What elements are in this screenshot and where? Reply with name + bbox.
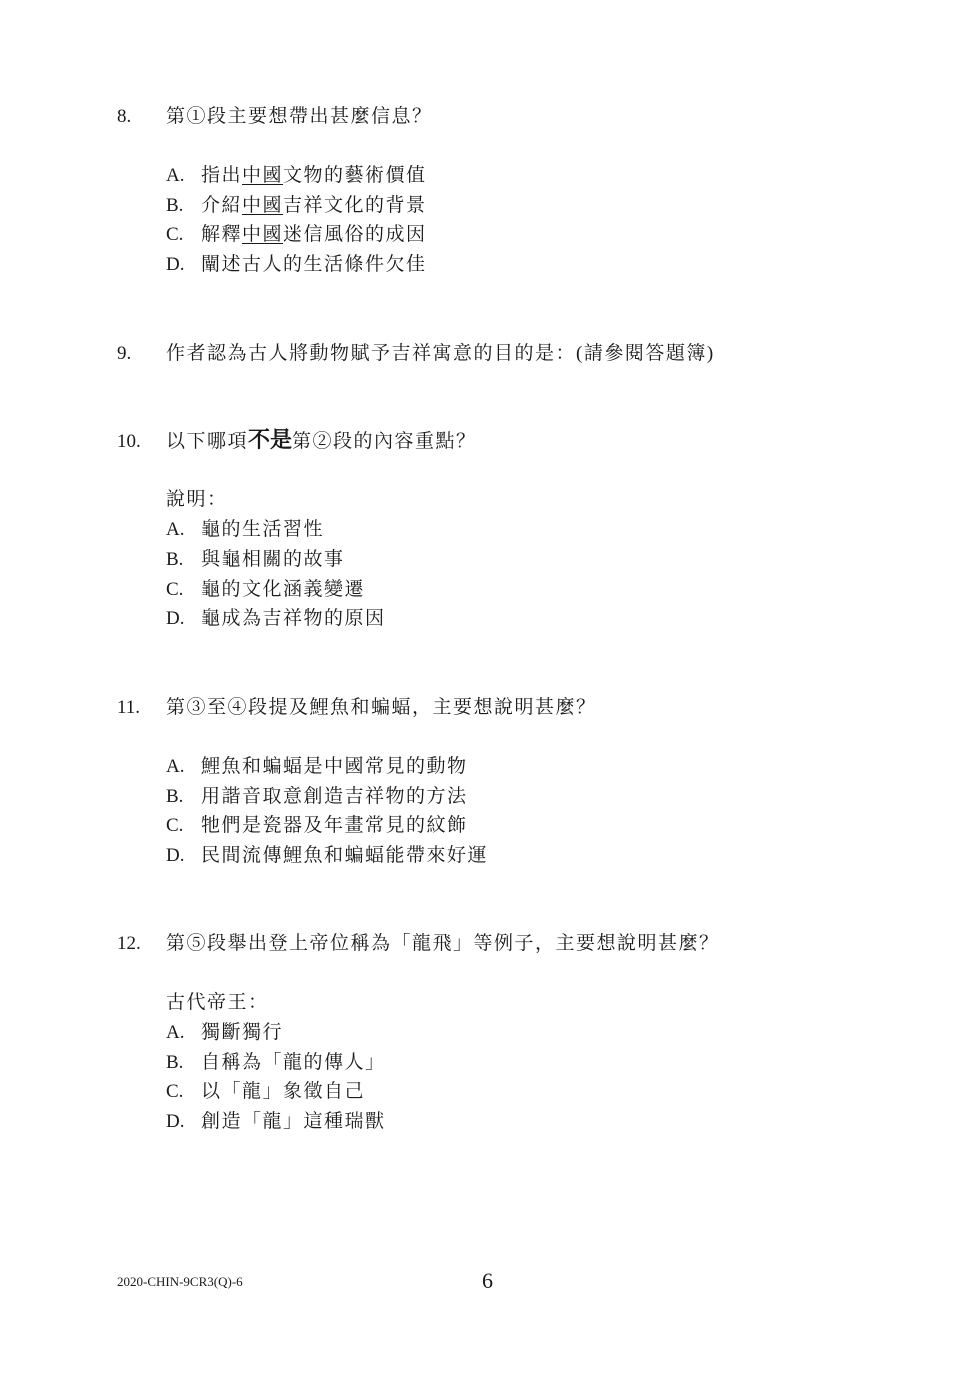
- option-letter: C.: [166, 814, 201, 838]
- question-12-stem: 12.第⑤段舉出登上帝位稱為「龍飛」等例子，主要想說明甚麼？: [117, 932, 720, 956]
- question-number: 8.: [117, 105, 166, 129]
- option-text-post: 文物的藝術價值: [283, 165, 427, 186]
- question-12-option-c: C.以「龍」象徵自己: [166, 1080, 365, 1104]
- option-letter: B.: [166, 785, 201, 809]
- option-text-pre: 解釋: [201, 224, 242, 245]
- question-text: 第③至④段提及鯉魚和蝙蝠，主要想說明甚麼？: [166, 697, 597, 718]
- option-text-pre: 介紹: [201, 195, 242, 216]
- option-text-underlined: 中國: [242, 165, 283, 186]
- option-text: 鯉魚和蝙蝠是中國常見的動物: [201, 756, 468, 777]
- option-letter: C.: [166, 223, 201, 247]
- question-text: 作者認為古人將動物賦予吉祥寓意的目的是：(請參閱答題簿): [166, 343, 715, 364]
- exam-page: 8.第①段主要想帶出甚麼信息？ A.指出中國文物的藝術價值 B.介紹中國吉祥文化…: [0, 0, 978, 1383]
- question-11-option-b: B.用諧音取意創造吉祥物的方法: [166, 785, 468, 809]
- option-text: 自稱為「龍的傳人」: [201, 1052, 386, 1073]
- option-text-post: 吉祥文化的背景: [283, 195, 427, 216]
- question-number: 10.: [117, 430, 166, 454]
- question-10-option-b: B.與龜相關的故事: [166, 548, 345, 572]
- option-letter: C.: [166, 1080, 201, 1104]
- option-text: 以「龍」象徵自己: [201, 1081, 365, 1102]
- option-letter: C.: [166, 578, 201, 602]
- question-12-lead: 古代帝王：: [166, 991, 269, 1015]
- question-10-option-a: A.龜的生活習性: [166, 518, 324, 542]
- option-letter: A.: [166, 1021, 201, 1045]
- option-text: 龜成為吉祥物的原因: [201, 608, 386, 629]
- option-letter: D.: [166, 1110, 201, 1134]
- option-text: 牠們是瓷器及年畫常見的紋飾: [201, 815, 468, 836]
- question-11-stem: 11.第③至④段提及鯉魚和蝙蝠，主要想說明甚麼？: [117, 696, 597, 720]
- question-10-option-d: D.龜成為吉祥物的原因: [166, 607, 386, 631]
- option-letter: A.: [166, 164, 201, 188]
- option-text: 民間流傳鯉魚和蝙蝠能帶來好運: [201, 845, 488, 866]
- option-text: 用諧音取意創造吉祥物的方法: [201, 786, 468, 807]
- question-12-option-b: B.自稱為「龍的傳人」: [166, 1051, 386, 1075]
- question-8-option-b: B.介紹中國吉祥文化的背景: [166, 194, 427, 218]
- question-8-stem: 8.第①段主要想帶出甚麼信息？: [117, 105, 433, 129]
- option-letter: D.: [166, 844, 201, 868]
- question-text: 第①段主要想帶出甚麼信息？: [166, 106, 433, 127]
- question-number: 9.: [117, 342, 166, 366]
- option-letter: B.: [166, 194, 201, 218]
- option-letter: D.: [166, 253, 201, 277]
- question-11-option-a: A.鯉魚和蝙蝠是中國常見的動物: [166, 755, 468, 779]
- option-letter: B.: [166, 548, 201, 572]
- option-text-pre: 指出: [201, 165, 242, 186]
- question-11-option-d: D.民間流傳鯉魚和蝙蝠能帶來好運: [166, 844, 488, 868]
- question-number: 11.: [117, 696, 166, 720]
- option-letter: D.: [166, 607, 201, 631]
- option-text: 創造「龍」這種瑞獸: [201, 1111, 386, 1132]
- question-8-option-a: A.指出中國文物的藝術價值: [166, 164, 427, 188]
- paper-code: 2020-CHIN-9CR3(Q)-6: [117, 1274, 243, 1290]
- option-letter: A.: [166, 518, 201, 542]
- question-10-option-c: C.龜的文化涵義變遷: [166, 578, 365, 602]
- question-8-option-c: C.解釋中國迷信風俗的成因: [166, 223, 427, 247]
- question-12-option-a: A.獨斷獨行: [166, 1021, 283, 1045]
- option-letter: A.: [166, 755, 201, 779]
- option-text-post: 迷信風俗的成因: [283, 224, 427, 245]
- question-10-lead: 說明：: [166, 488, 228, 512]
- option-text-underlined: 中國: [242, 195, 283, 216]
- page-number: 6: [482, 1268, 493, 1294]
- question-11-option-c: C.牠們是瓷器及年畫常見的紋飾: [166, 814, 468, 838]
- option-text-underlined: 中國: [242, 224, 283, 245]
- question-8-option-d: D.闡述古人的生活條件欠佳: [166, 253, 427, 277]
- option-text: 獨斷獨行: [201, 1022, 283, 1043]
- question-text: 第⑤段舉出登上帝位稱為「龍飛」等例子，主要想說明甚麼？: [166, 933, 720, 954]
- option-text: 闡述古人的生活條件欠佳: [201, 254, 427, 275]
- option-text: 與龜相關的故事: [201, 549, 345, 570]
- option-letter: B.: [166, 1051, 201, 1075]
- option-text: 龜的文化涵義變遷: [201, 579, 365, 600]
- question-10-stem: 10.以下哪項不是第②段的內容重點？: [117, 429, 477, 454]
- question-text-post: 第②段的內容重點？: [292, 431, 477, 452]
- question-text-emphasis: 不是: [248, 428, 292, 453]
- question-number: 12.: [117, 932, 166, 956]
- question-9-stem: 9.作者認為古人將動物賦予吉祥寓意的目的是：(請參閱答題簿): [117, 342, 715, 366]
- option-text: 龜的生活習性: [201, 519, 324, 540]
- question-text-pre: 以下哪項: [166, 431, 248, 452]
- question-12-option-d: D.創造「龍」這種瑞獸: [166, 1110, 386, 1134]
